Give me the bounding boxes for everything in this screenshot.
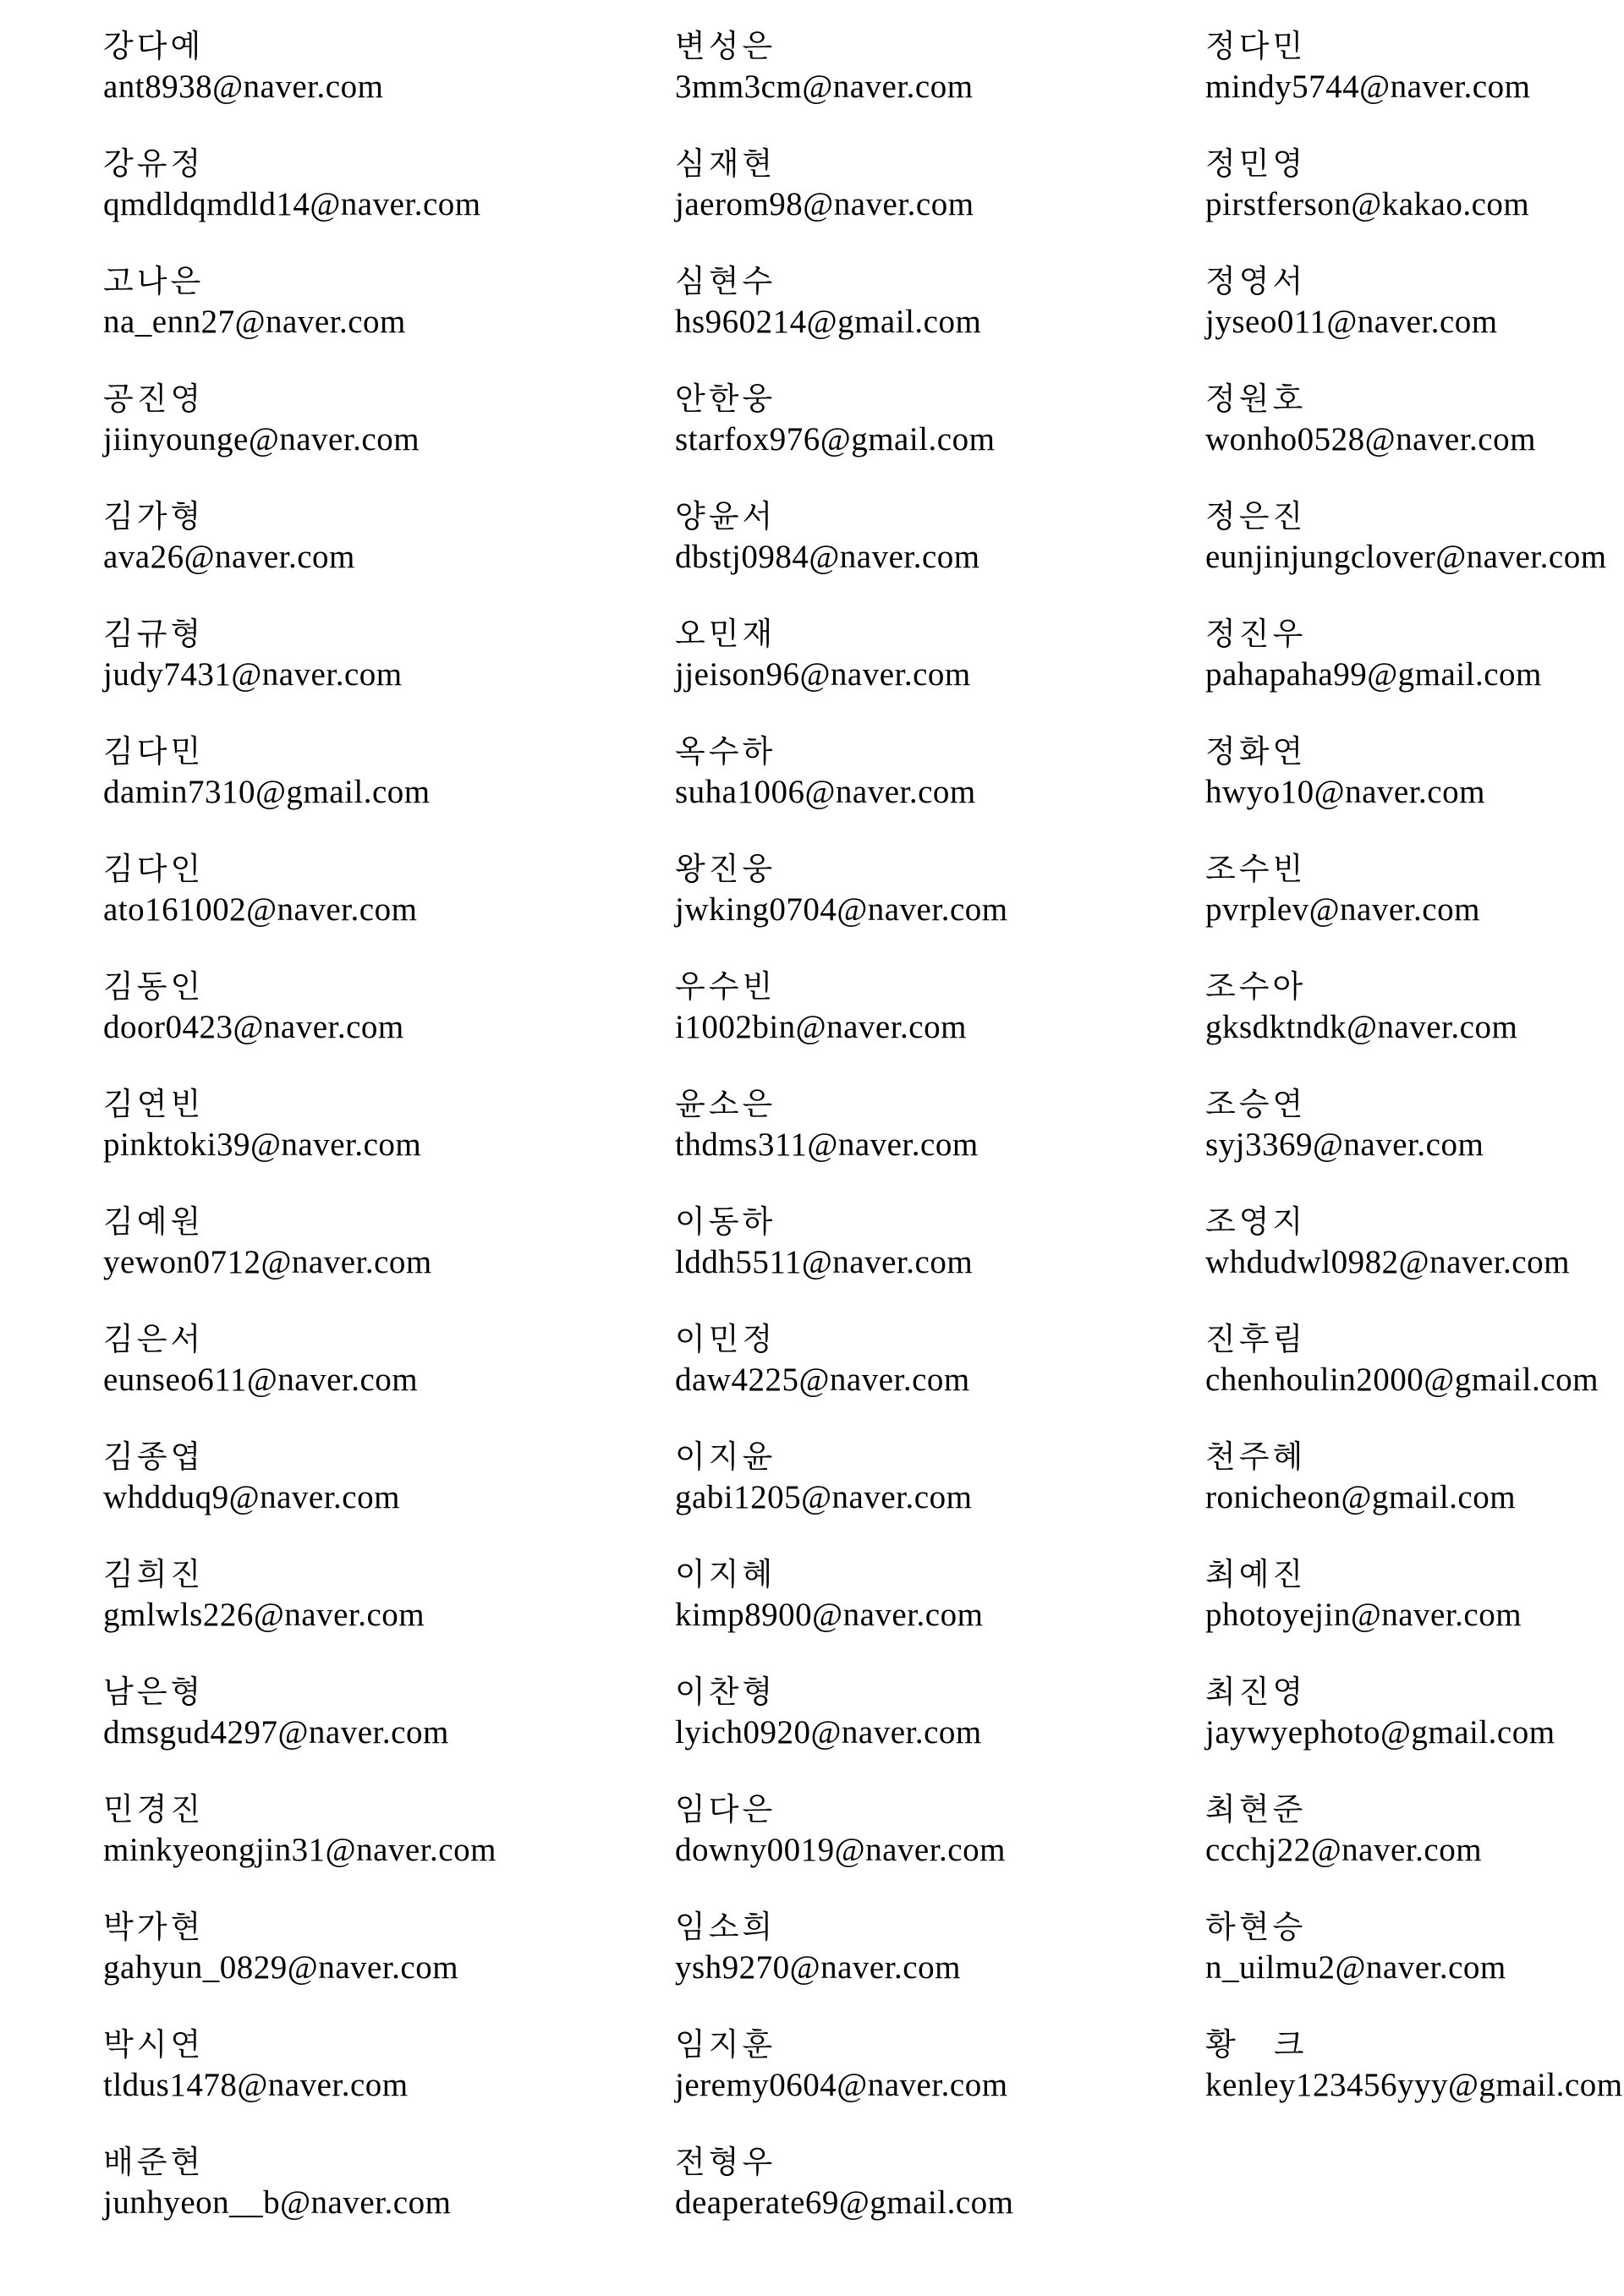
contact-entry: 김예원yewon0712@naver.com [103, 1203, 628, 1282]
contact-entry: 윤소은thdms311@naver.com [675, 1085, 1157, 1164]
contact-email: eunseo611@naver.com [103, 1360, 628, 1400]
contact-entry: 이찬형lyich0920@naver.com [675, 1673, 1157, 1752]
contact-email: ronicheon@gmail.com [1205, 1477, 1624, 1517]
contact-entry: 우수빈i1002bin@naver.com [675, 967, 1157, 1047]
contact-name: 김예원 [103, 1203, 628, 1242]
contact-email: suha1006@naver.com [675, 772, 1157, 812]
contact-name: 이지윤 [675, 1438, 1157, 1477]
contact-name: 정다민 [1205, 27, 1624, 67]
contact-entry: 양윤서dbstj0984@naver.com [675, 497, 1157, 577]
contact-entry: 김연빈pinktoki39@naver.com [103, 1085, 628, 1164]
contact-entry: 이동하lddh5511@naver.com [675, 1203, 1157, 1282]
contact-email: minkyeongjin31@naver.com [103, 1830, 628, 1870]
contact-email: jaywyephoto@gmail.com [1205, 1712, 1624, 1752]
contact-entry: 변성은3mm3cm@naver.com [675, 27, 1157, 107]
contact-email: whdudwl0982@naver.com [1205, 1242, 1624, 1282]
contact-name: 진후림 [1205, 1320, 1624, 1360]
contact-name: 김규형 [103, 615, 628, 655]
contact-email: tldus1478@naver.com [103, 2065, 628, 2105]
contact-entry: 정화연hwyo10@naver.com [1205, 732, 1624, 812]
contact-email: thdms311@naver.com [675, 1125, 1157, 1164]
contact-entry: 정다민mindy5744@naver.com [1205, 27, 1624, 107]
contact-name: 하현승 [1205, 1908, 1624, 1948]
contact-email: hs960214@gmail.com [675, 302, 1157, 342]
contact-entry: 조영지whdudwl0982@naver.com [1205, 1203, 1624, 1282]
contact-name: 최진영 [1205, 1673, 1624, 1712]
contact-email: jwking0704@naver.com [675, 890, 1157, 929]
contact-email: syj3369@naver.com [1205, 1125, 1624, 1164]
contact-name: 임지훈 [675, 2025, 1157, 2065]
contact-email: jyseo011@naver.com [1205, 302, 1624, 342]
contact-email: gabi1205@naver.com [675, 1477, 1157, 1517]
contact-entry: 김희진gmlwls226@naver.com [103, 1555, 628, 1635]
contact-entry: 김다인ato161002@naver.com [103, 850, 628, 929]
contact-entry: 전형우deaperate69@gmail.com [675, 2143, 1157, 2222]
contact-entry: 정진우pahapaha99@gmail.com [1205, 615, 1624, 694]
contact-email: deaperate69@gmail.com [675, 2183, 1157, 2222]
contact-name: 강다예 [103, 27, 628, 67]
contact-name: 남은형 [103, 1673, 628, 1712]
contact-email: chenhoulin2000@gmail.com [1205, 1360, 1624, 1400]
contact-name: 천주혜 [1205, 1438, 1624, 1477]
contact-email: pvrplev@naver.com [1205, 890, 1624, 929]
contact-email: 3mm3cm@naver.com [675, 67, 1157, 107]
contact-name: 박가현 [103, 1908, 628, 1948]
contact-entry: 왕진웅jwking0704@naver.com [675, 850, 1157, 929]
contact-email: judy7431@naver.com [103, 655, 628, 694]
contact-entry: 임소희ysh9270@naver.com [675, 1908, 1157, 1987]
contact-name: 김종엽 [103, 1438, 628, 1477]
contact-entry: 천주혜ronicheon@gmail.com [1205, 1438, 1624, 1517]
contact-name: 심재현 [675, 145, 1157, 184]
contact-entry: 고나은na_enn27@naver.com [103, 262, 628, 342]
contact-entry: 박가현gahyun_0829@naver.com [103, 1908, 628, 1987]
contact-name: 강유정 [103, 145, 628, 184]
contact-name: 김희진 [103, 1555, 628, 1595]
contact-name: 이민정 [675, 1320, 1157, 1360]
contact-email: ato161002@naver.com [103, 890, 628, 929]
contact-email: damin7310@gmail.com [103, 772, 628, 812]
contact-email: dbstj0984@naver.com [675, 537, 1157, 577]
contact-entry: 조수아gksdktndk@naver.com [1205, 967, 1624, 1047]
contact-name: 양윤서 [675, 497, 1157, 537]
contact-column-3: 정다민mindy5744@naver.com정민영pirstferson@kak… [1205, 27, 1624, 2143]
contact-entry: 심재현jaerom98@naver.com [675, 145, 1157, 224]
contact-entry: 김종엽whdduq9@naver.com [103, 1438, 628, 1517]
contact-entry: 김다민damin7310@gmail.com [103, 732, 628, 812]
contact-email: dmsgud4297@naver.com [103, 1712, 628, 1752]
contact-entry: 김은서eunseo611@naver.com [103, 1320, 628, 1400]
contact-email: jaerom98@naver.com [675, 184, 1157, 224]
contact-entry: 하현승n_uilmu2@naver.com [1205, 1908, 1624, 1987]
contact-email: ava26@naver.com [103, 537, 628, 577]
contact-entry: 민경진minkyeongjin31@naver.com [103, 1790, 628, 1870]
contact-name: 조승연 [1205, 1085, 1624, 1125]
contact-email: gmlwls226@naver.com [103, 1595, 628, 1635]
contact-email: pahapaha99@gmail.com [1205, 655, 1624, 694]
contact-entry: 정은진eunjinjungclover@naver.com [1205, 497, 1624, 577]
contact-entry: 조승연syj3369@naver.com [1205, 1085, 1624, 1164]
contact-email: whdduq9@naver.com [103, 1477, 628, 1517]
contact-name: 최예진 [1205, 1555, 1624, 1595]
contact-email: daw4225@naver.com [675, 1360, 1157, 1400]
contact-email: yewon0712@naver.com [103, 1242, 628, 1282]
contact-entry: 진후림chenhoulin2000@gmail.com [1205, 1320, 1624, 1400]
contact-name: 정화연 [1205, 732, 1624, 772]
contact-name: 전형우 [675, 2143, 1157, 2183]
contact-email: mindy5744@naver.com [1205, 67, 1624, 107]
contact-email: gksdktndk@naver.com [1205, 1007, 1624, 1047]
contact-entry: 임지훈jeremy0604@naver.com [675, 2025, 1157, 2105]
contact-email: kenley123456yyy@gmail.com [1205, 2065, 1624, 2105]
contact-email: n_uilmu2@naver.com [1205, 1948, 1624, 1987]
contact-entry: 강다예ant8938@naver.com [103, 27, 628, 107]
contact-name: 김동인 [103, 967, 628, 1007]
contact-name: 최현준 [1205, 1790, 1624, 1830]
contact-email: i1002bin@naver.com [675, 1007, 1157, 1047]
contact-email: lyich0920@naver.com [675, 1712, 1157, 1752]
contact-email: ant8938@naver.com [103, 67, 628, 107]
contact-entry: 옥수하suha1006@naver.com [675, 732, 1157, 812]
contact-email: eunjinjungclover@naver.com [1205, 537, 1624, 577]
contact-email: door0423@naver.com [103, 1007, 628, 1047]
contact-entry: 심현수hs960214@gmail.com [675, 262, 1157, 342]
contact-email: junhyeon__b@naver.com [103, 2183, 628, 2222]
contact-email: hwyo10@naver.com [1205, 772, 1624, 812]
contact-email: ccchj22@naver.com [1205, 1830, 1624, 1870]
contact-entry: 정원호wonho0528@naver.com [1205, 380, 1624, 459]
contact-email: jiinyounge@naver.com [103, 419, 628, 459]
contact-name: 임다은 [675, 1790, 1157, 1830]
contact-name: 변성은 [675, 27, 1157, 67]
contact-entry: 김가형ava26@naver.com [103, 497, 628, 577]
contact-list-page: 강다예ant8938@naver.com강유정qmdldqmdld14@nave… [0, 0, 1624, 2296]
contact-entry: 김동인door0423@naver.com [103, 967, 628, 1047]
contact-entry: 박시연tldus1478@naver.com [103, 2025, 628, 2105]
contact-email: gahyun_0829@naver.com [103, 1948, 628, 1987]
contact-entry: 조수빈pvrplev@naver.com [1205, 850, 1624, 929]
contact-email: kimp8900@naver.com [675, 1595, 1157, 1635]
contact-entry: 안한웅starfox976@gmail.com [675, 380, 1157, 459]
contact-column-1: 강다예ant8938@naver.com강유정qmdldqmdld14@nave… [103, 27, 628, 2260]
contact-name: 이찬형 [675, 1673, 1157, 1712]
contact-name: 오민재 [675, 615, 1157, 655]
contact-email: starfox976@gmail.com [675, 419, 1157, 459]
contact-email: na_enn27@naver.com [103, 302, 628, 342]
contact-name: 정은진 [1205, 497, 1624, 537]
contact-entry: 공진영jiinyounge@naver.com [103, 380, 628, 459]
contact-email: ysh9270@naver.com [675, 1948, 1157, 1987]
contact-name: 옥수하 [675, 732, 1157, 772]
contact-entry: 최예진photoyejin@naver.com [1205, 1555, 1624, 1635]
contact-name: 조영지 [1205, 1203, 1624, 1242]
contact-name: 김다민 [103, 732, 628, 772]
contact-name: 김은서 [103, 1320, 628, 1360]
contact-entry: 배준현junhyeon__b@naver.com [103, 2143, 628, 2222]
contact-entry: 황 크kenley123456yyy@gmail.com [1205, 2025, 1624, 2105]
contact-email: qmdldqmdld14@naver.com [103, 184, 628, 224]
contact-entry: 남은형dmsgud4297@naver.com [103, 1673, 628, 1752]
contact-name: 조수빈 [1205, 850, 1624, 890]
contact-name: 정영서 [1205, 262, 1624, 302]
contact-name: 김연빈 [103, 1085, 628, 1125]
contact-column-2: 변성은3mm3cm@naver.com심재현jaerom98@naver.com… [675, 27, 1157, 2260]
contact-name: 조수아 [1205, 967, 1624, 1007]
contact-entry: 김규형judy7431@naver.com [103, 615, 628, 694]
contact-entry: 이지윤gabi1205@naver.com [675, 1438, 1157, 1517]
contact-entry: 정영서jyseo011@naver.com [1205, 262, 1624, 342]
contact-entry: 임다은downy0019@naver.com [675, 1790, 1157, 1870]
contact-name: 김가형 [103, 497, 628, 537]
contact-name: 고나은 [103, 262, 628, 302]
contact-entry: 오민재jjeison96@naver.com [675, 615, 1157, 694]
contact-name: 왕진웅 [675, 850, 1157, 890]
contact-name: 김다인 [103, 850, 628, 890]
contact-email: photoyejin@naver.com [1205, 1595, 1624, 1635]
contact-name: 배준현 [103, 2143, 628, 2183]
contact-name: 심현수 [675, 262, 1157, 302]
contact-name: 윤소은 [675, 1085, 1157, 1125]
contact-entry: 강유정qmdldqmdld14@naver.com [103, 145, 628, 224]
contact-email: pirstferson@kakao.com [1205, 184, 1624, 224]
contact-name: 이동하 [675, 1203, 1157, 1242]
contact-email: jjeison96@naver.com [675, 655, 1157, 694]
contact-email: pinktoki39@naver.com [103, 1125, 628, 1164]
contact-name: 공진영 [103, 380, 628, 419]
contact-email: wonho0528@naver.com [1205, 419, 1624, 459]
contact-name: 정원호 [1205, 380, 1624, 419]
contact-email: lddh5511@naver.com [675, 1242, 1157, 1282]
contact-entry: 이민정daw4225@naver.com [675, 1320, 1157, 1400]
contact-entry: 최진영jaywyephoto@gmail.com [1205, 1673, 1624, 1752]
contact-name: 정진우 [1205, 615, 1624, 655]
contact-name: 황 크 [1205, 2025, 1624, 2065]
contact-name: 안한웅 [675, 380, 1157, 419]
contact-entry: 최현준ccchj22@naver.com [1205, 1790, 1624, 1870]
contact-name: 박시연 [103, 2025, 628, 2065]
contact-entry: 정민영pirstferson@kakao.com [1205, 145, 1624, 224]
contact-name: 임소희 [675, 1908, 1157, 1948]
contact-email: jeremy0604@naver.com [675, 2065, 1157, 2105]
contact-name: 이지혜 [675, 1555, 1157, 1595]
contact-entry: 이지혜kimp8900@naver.com [675, 1555, 1157, 1635]
contact-name: 민경진 [103, 1790, 628, 1830]
contact-email: downy0019@naver.com [675, 1830, 1157, 1870]
contact-name: 우수빈 [675, 967, 1157, 1007]
contact-name: 정민영 [1205, 145, 1624, 184]
